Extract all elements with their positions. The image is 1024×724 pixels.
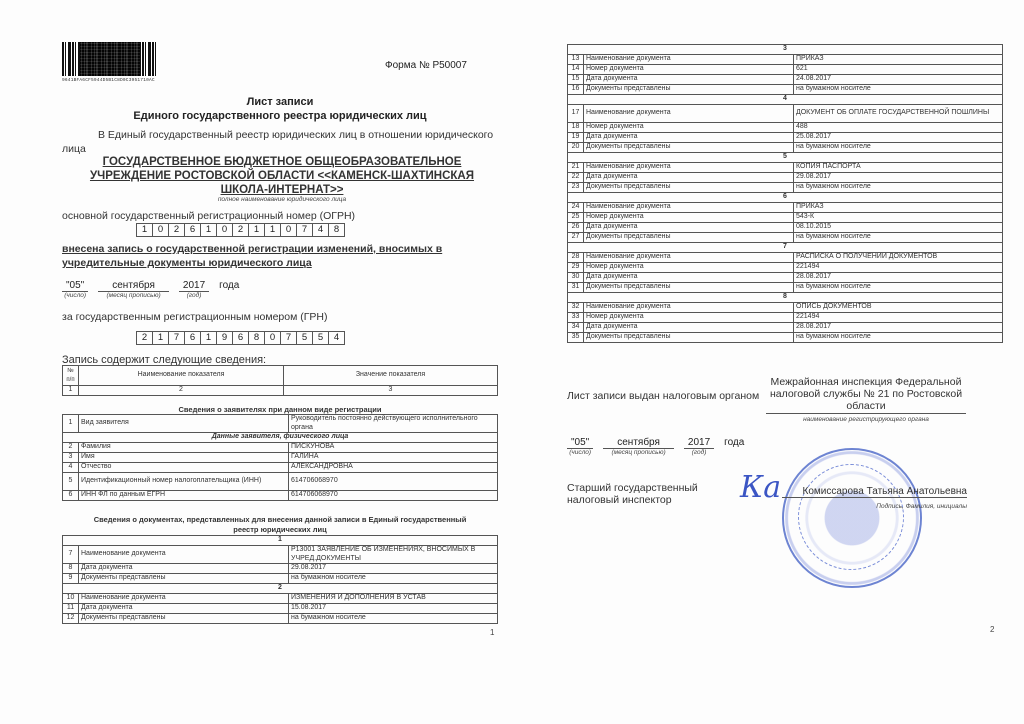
row-value: 614706068970 [289, 491, 498, 501]
digit-cell: 1 [201, 332, 217, 344]
authority-line-2: налоговой службы № 21 по Ростовской [766, 388, 966, 400]
form-number: Форма № Р50007 [385, 60, 467, 71]
row-number: 9 [63, 574, 79, 584]
applicants-table: 1Вид заявителяРуководитель постоянно дей… [62, 414, 498, 501]
row-label: Фамилия [79, 443, 289, 453]
row-value: ПРИКАЗ [794, 55, 1003, 65]
row-label: Номер документа [584, 65, 794, 75]
row-value: 614706068970 [289, 473, 498, 491]
row-label: Дата документа [584, 133, 794, 143]
ogrn-label: основной государственный регистрационный… [62, 210, 355, 222]
official-title-line-1: Старший государственный [567, 482, 698, 494]
row-number: 32 [568, 303, 584, 313]
digit-cell: 1 [201, 224, 217, 236]
table-row: 27Документы представленына бумажном носи… [568, 233, 1003, 243]
table-row: 30Дата документа28.08.2017 [568, 273, 1003, 283]
barcode-icon [62, 42, 158, 76]
table-row: 6ИНН ФЛ по данным ЕГРН614706068970 [63, 491, 498, 501]
col-name-header: Наименование показателя [79, 366, 284, 386]
row-label: Документы представлены [79, 614, 289, 624]
digit-cell: 0 [153, 224, 169, 236]
section-row: 8 [568, 293, 1003, 303]
row-value: ДОКУМЕНТ ОБ ОПЛАТЕ ГОСУДАРСТВЕННОЙ ПОШЛИ… [794, 105, 1003, 123]
date-month: сентября [98, 280, 169, 292]
row-number: 29 [568, 263, 584, 273]
day-caption: (число) [567, 449, 593, 456]
row-label: Документы представлены [584, 143, 794, 153]
official-name: Комиссарова Татьяна Анатольевна [782, 486, 967, 498]
section-row: 4 [568, 95, 1003, 105]
row-label: Документы представлены [584, 283, 794, 293]
table-row: 9Документы представленына бумажном носит… [63, 574, 498, 584]
table-row: 20Документы представленына бумажном носи… [568, 143, 1003, 153]
digit-cell: 6 [233, 332, 249, 344]
row-value: на бумажном носителе [794, 333, 1003, 343]
digit-cell: 0 [265, 332, 281, 344]
section-header: 2 [63, 584, 498, 594]
digit-cell: 2 [137, 332, 153, 344]
header-table: № п/п Наименование показателя Значение п… [62, 365, 498, 396]
row-value: 08.10.2015 [794, 223, 1003, 233]
header-row-cell: 3 [284, 386, 498, 396]
section-header: 5 [568, 153, 1003, 163]
row-label: Номер документа [584, 263, 794, 273]
table-row: 32Наименование документаОПИСЬ ДОКУМЕНТОВ [568, 303, 1003, 313]
month-caption: (месяц прописью) [603, 449, 674, 456]
doc-subtitle: Единого государственного реестра юридиче… [60, 110, 500, 122]
table-row: 25Номер документа543-К [568, 213, 1003, 223]
grn-label: за государственным регистрационным номер… [62, 311, 328, 323]
row-number: 31 [568, 283, 584, 293]
row-number: 3 [63, 453, 79, 463]
row-label: Номер документа [584, 313, 794, 323]
section-header: 3 [568, 45, 1003, 55]
row-value: 488 [794, 123, 1003, 133]
row-number: 19 [568, 133, 584, 143]
row-value: 15.08.2017 [289, 604, 498, 614]
row-number: 1 [63, 415, 79, 433]
entry-date: "05"(число) сентября(месяц прописью) 201… [62, 280, 239, 299]
row-value: на бумажном носителе [794, 183, 1003, 193]
row-number: 11 [63, 604, 79, 614]
table-row: 35Документы представленына бумажном носи… [568, 333, 1003, 343]
digit-cell: 8 [249, 332, 265, 344]
table-row: 11Дата документа15.08.2017 [63, 604, 498, 614]
row-label: Наименование документа [584, 105, 794, 123]
date-year: 2017 [179, 280, 209, 292]
authority-line-3: области [766, 400, 966, 412]
row-number: 26 [568, 223, 584, 233]
table-row: 8Дата документа29.08.2017 [63, 564, 498, 574]
col-value-header: Значение показателя [284, 366, 498, 386]
section-header: Данные заявителя, физического лица [63, 433, 498, 443]
table-row: 28Наименование документаРАСПИСКА О ПОЛУЧ… [568, 253, 1003, 263]
table-row: 1Вид заявителяРуководитель постоянно дей… [63, 415, 498, 433]
row-value: 221494 [794, 263, 1003, 273]
table-row: 19Дата документа25.08.2017 [568, 133, 1003, 143]
digit-cell: 7 [297, 224, 313, 236]
page-number: 1 [490, 628, 494, 637]
row-number: 27 [568, 233, 584, 243]
table-row: 13Наименование документаПРИКАЗ [568, 55, 1003, 65]
row-value: на бумажном носителе [794, 283, 1003, 293]
section-row: 6 [568, 193, 1003, 203]
org-name-caption: полное наименование юридического лица [62, 196, 502, 203]
digit-cell: 6 [185, 332, 201, 344]
official-title-line-2: налоговый инспектор [567, 494, 698, 506]
section-row: 5 [568, 153, 1003, 163]
row-value: Руководитель постоянно действующего испо… [289, 415, 498, 433]
row-value: РАСПИСКА О ПОЛУЧЕНИИ ДОКУМЕНТОВ [794, 253, 1003, 263]
row-number: 13 [568, 55, 584, 65]
digit-cell: 1 [137, 224, 153, 236]
section-row: Данные заявителя, физического лица [63, 433, 498, 443]
row-label: Вид заявителя [79, 415, 289, 433]
table-row: 23Документы представленына бумажном носи… [568, 183, 1003, 193]
row-value: на бумажном носителе [794, 233, 1003, 243]
row-label: Дата документа [584, 173, 794, 183]
digit-cell: 2 [233, 224, 249, 236]
digit-cell: 5 [313, 332, 329, 344]
row-number: 5 [63, 473, 79, 491]
org-name-line-2: УЧРЕЖДЕНИЕ РОСТОВСКОЙ ОБЛАСТИ <<КАМЕНСК-… [62, 169, 502, 183]
year-caption: (год) [684, 449, 714, 456]
row-label: Наименование документа [79, 546, 289, 564]
row-number: 14 [568, 65, 584, 75]
row-value: 221494 [794, 313, 1003, 323]
official-title: Старший государственный налоговый инспек… [567, 482, 698, 506]
row-value: 543-К [794, 213, 1003, 223]
digit-cell: 4 [329, 332, 344, 344]
row-value: КОПИЯ ПАСПОРТА [794, 163, 1003, 173]
month-caption: (месяц прописью) [98, 292, 169, 299]
row-label: Дата документа [79, 604, 289, 614]
row-value: на бумажном носителе [289, 614, 498, 624]
intro-text: В Единый государственный реестр юридичес… [98, 129, 493, 141]
signature-caption: Подпись, Фамилия, инициалы [782, 503, 967, 510]
row-label: Наименование документа [584, 203, 794, 213]
row-label: Наименование документа [584, 253, 794, 263]
section-row: 2 [63, 584, 498, 594]
row-value: 29.08.2017 [289, 564, 498, 574]
grn-digits: 2176196807554 [136, 331, 345, 345]
table-row: 2ФамилияПИСКУНОВА [63, 443, 498, 453]
digit-cell: 1 [249, 224, 265, 236]
row-number: 15 [568, 75, 584, 85]
section-header: 7 [568, 243, 1003, 253]
table-row: 10Наименование документаИЗМЕНЕНИЯ И ДОПО… [63, 594, 498, 604]
table-row: 31Документы представленына бумажном носи… [568, 283, 1003, 293]
col-number-header: № п/п [63, 366, 79, 386]
row-label: Документы представлены [584, 183, 794, 193]
row-label: Документы представлены [79, 574, 289, 584]
table-row: 26Дата документа08.10.2015 [568, 223, 1003, 233]
digit-cell: 7 [281, 332, 297, 344]
table-row: 15Дата документа24.08.2017 [568, 75, 1003, 85]
date-year: 2017 [684, 437, 714, 449]
row-value: на бумажном носителе [794, 143, 1003, 153]
barcode-text: 9641BFA6CF5944D5B1C8D0C3951710AC [62, 78, 155, 83]
section-header: 4 [568, 95, 1003, 105]
row-label: Дата документа [584, 323, 794, 333]
row-number: 16 [568, 85, 584, 95]
row-number: 10 [63, 594, 79, 604]
digit-cell: 1 [265, 224, 281, 236]
applicants-title: Сведения о заявителях при данном виде ре… [62, 405, 498, 414]
digit-cell: 6 [185, 224, 201, 236]
documents-table-2: 313Наименование документаПРИКАЗ14Номер д… [567, 44, 1003, 343]
section-row: 1 [63, 536, 498, 546]
row-number: 34 [568, 323, 584, 333]
table-row: 7Наименование документаР13001 ЗАЯВЛЕНИЕ … [63, 546, 498, 564]
page-1: 9641BFA6CF5944D5B1C8D0C3951710AC Форма №… [0, 0, 512, 724]
row-label: Документы представлены [584, 333, 794, 343]
date-month: сентября [603, 437, 674, 449]
row-number: 6 [63, 491, 79, 501]
table-row: 21Наименование документаКОПИЯ ПАСПОРТА [568, 163, 1003, 173]
row-number: 21 [568, 163, 584, 173]
row-number: 30 [568, 273, 584, 283]
row-label: Наименование документа [79, 594, 289, 604]
header-row-cell: 2 [79, 386, 284, 396]
row-number: 25 [568, 213, 584, 223]
row-value: АЛЕКСАНДРОВНА [289, 463, 498, 473]
row-label: Дата документа [584, 223, 794, 233]
row-label: Отчество [79, 463, 289, 473]
row-number: 33 [568, 313, 584, 323]
row-label: Дата документа [79, 564, 289, 574]
digit-cell: 1 [153, 332, 169, 344]
row-number: 12 [63, 614, 79, 624]
org-name-line-3: ШКОЛА-ИНТЕРНАТ>> [62, 183, 502, 197]
row-number: 7 [63, 546, 79, 564]
authority-name: Межрайонная инспекция Федеральной налого… [766, 376, 966, 414]
issued-by-label: Лист записи выдан налоговым органом [567, 390, 759, 402]
section-header: 6 [568, 193, 1003, 203]
row-value: на бумажном носителе [289, 574, 498, 584]
digit-cell: 0 [281, 224, 297, 236]
digit-cell: 4 [313, 224, 329, 236]
row-number: 35 [568, 333, 584, 343]
table-row: 5Идентификационный номер налогоплательщи… [63, 473, 498, 491]
row-number: 23 [568, 183, 584, 193]
row-label: Номер документа [584, 123, 794, 133]
row-number: 8 [63, 564, 79, 574]
table-row: 17Наименование документаДОКУМЕНТ ОБ ОПЛА… [568, 105, 1003, 123]
authority-caption: наименование регистрирующего органа [766, 416, 966, 423]
row-label: Идентификационный номер налогоплательщик… [79, 473, 289, 491]
entry-text-line-1: внесена запись о государственной регистр… [62, 242, 442, 256]
row-value: ОПИСЬ ДОКУМЕНТОВ [794, 303, 1003, 313]
section-header: 1 [63, 536, 498, 546]
official-stamp-icon [782, 448, 922, 588]
header-row-cell: 1 [63, 386, 79, 396]
table-row: 16Документы представленына бумажном носи… [568, 85, 1003, 95]
signature-icon: Ка [740, 470, 781, 505]
digit-cell: 0 [217, 224, 233, 236]
table-row: 29Номер документа221494 [568, 263, 1003, 273]
row-value: ИЗМЕНЕНИЯ И ДОПОЛНЕНИЯ В УСТАВ [289, 594, 498, 604]
row-number: 24 [568, 203, 584, 213]
row-value: Р13001 ЗАЯВЛЕНИЕ ОБ ИЗМЕНЕНИЯХ, ВНОСИМЫХ… [289, 546, 498, 564]
authority-line-1: Межрайонная инспекция Федеральной [766, 376, 966, 388]
row-number: 22 [568, 173, 584, 183]
table-row: 34Дата документа28.08.2017 [568, 323, 1003, 333]
table-row: 22Дата документа29.08.2017 [568, 173, 1003, 183]
digit-cell: 5 [297, 332, 313, 344]
table-row: 3ИмяГАЛИНА [63, 453, 498, 463]
day-caption: (число) [62, 292, 88, 299]
row-label: Номер документа [584, 213, 794, 223]
table-row: 4ОтчествоАЛЕКСАНДРОВНА [63, 463, 498, 473]
section-row: 3 [568, 45, 1003, 55]
digit-cell: 7 [169, 332, 185, 344]
row-label: Наименование документа [584, 163, 794, 173]
documents-title-line-1: Сведения о документах, представленных дл… [62, 515, 498, 524]
digit-cell: 2 [169, 224, 185, 236]
doc-title: Лист записи [60, 96, 500, 108]
page-2: 313Наименование документаПРИКАЗ14Номер д… [512, 0, 1024, 724]
documents-table-1: 17Наименование документаР13001 ЗАЯВЛЕНИЕ… [62, 535, 498, 624]
row-number: 17 [568, 105, 584, 123]
row-value: на бумажном носителе [794, 85, 1003, 95]
table-row: 24Наименование документаПРИКАЗ [568, 203, 1003, 213]
row-number: 20 [568, 143, 584, 153]
row-value: 28.08.2017 [794, 273, 1003, 283]
row-number: 28 [568, 253, 584, 263]
row-number: 18 [568, 123, 584, 133]
section-row: 7 [568, 243, 1003, 253]
row-number: 4 [63, 463, 79, 473]
row-value: 621 [794, 65, 1003, 75]
row-label: Документы представлены [584, 233, 794, 243]
table-row: 14Номер документа621 [568, 65, 1003, 75]
row-number: 2 [63, 443, 79, 453]
table-row: 18Номер документа488 [568, 123, 1003, 133]
section-header: 8 [568, 293, 1003, 303]
row-value: 29.08.2017 [794, 173, 1003, 183]
year-caption: (год) [179, 292, 209, 299]
row-label: Наименование документа [584, 55, 794, 65]
row-label: Наименование документа [584, 303, 794, 313]
table-row: 33Номер документа221494 [568, 313, 1003, 323]
row-label: Дата документа [584, 75, 794, 85]
date-suffix: года [724, 437, 744, 448]
documents-title-line-2: реестр юридических лиц [62, 525, 498, 534]
ogrn-digits: 1026102110748 [136, 223, 345, 237]
digit-cell: 8 [329, 224, 344, 236]
row-label: ИНН ФЛ по данным ЕГРН [79, 491, 289, 501]
row-value: ГАЛИНА [289, 453, 498, 463]
row-label: Имя [79, 453, 289, 463]
page-number: 2 [990, 625, 994, 634]
intro-text-2: лица [62, 143, 86, 155]
row-label: Документы представлены [584, 85, 794, 95]
row-value: 24.08.2017 [794, 75, 1003, 85]
org-name-line-1: ГОСУДАРСТВЕННОЕ БЮДЖЕТНОЕ ОБЩЕОБРАЗОВАТЕ… [62, 155, 502, 169]
row-value: ПИСКУНОВА [289, 443, 498, 453]
digit-cell: 9 [217, 332, 233, 344]
row-value: 28.08.2017 [794, 323, 1003, 333]
row-value: 25.08.2017 [794, 133, 1003, 143]
issue-date: "05"(число) сентября(месяц прописью) 201… [567, 437, 744, 456]
row-value: ПРИКАЗ [794, 203, 1003, 213]
date-suffix: года [219, 280, 239, 291]
table-row: 12Документы представленына бумажном носи… [63, 614, 498, 624]
date-day: "05" [62, 280, 88, 292]
entry-text-line-2: учредительные документы юридического лиц… [62, 256, 312, 270]
row-label: Дата документа [584, 273, 794, 283]
date-day: "05" [567, 437, 593, 449]
